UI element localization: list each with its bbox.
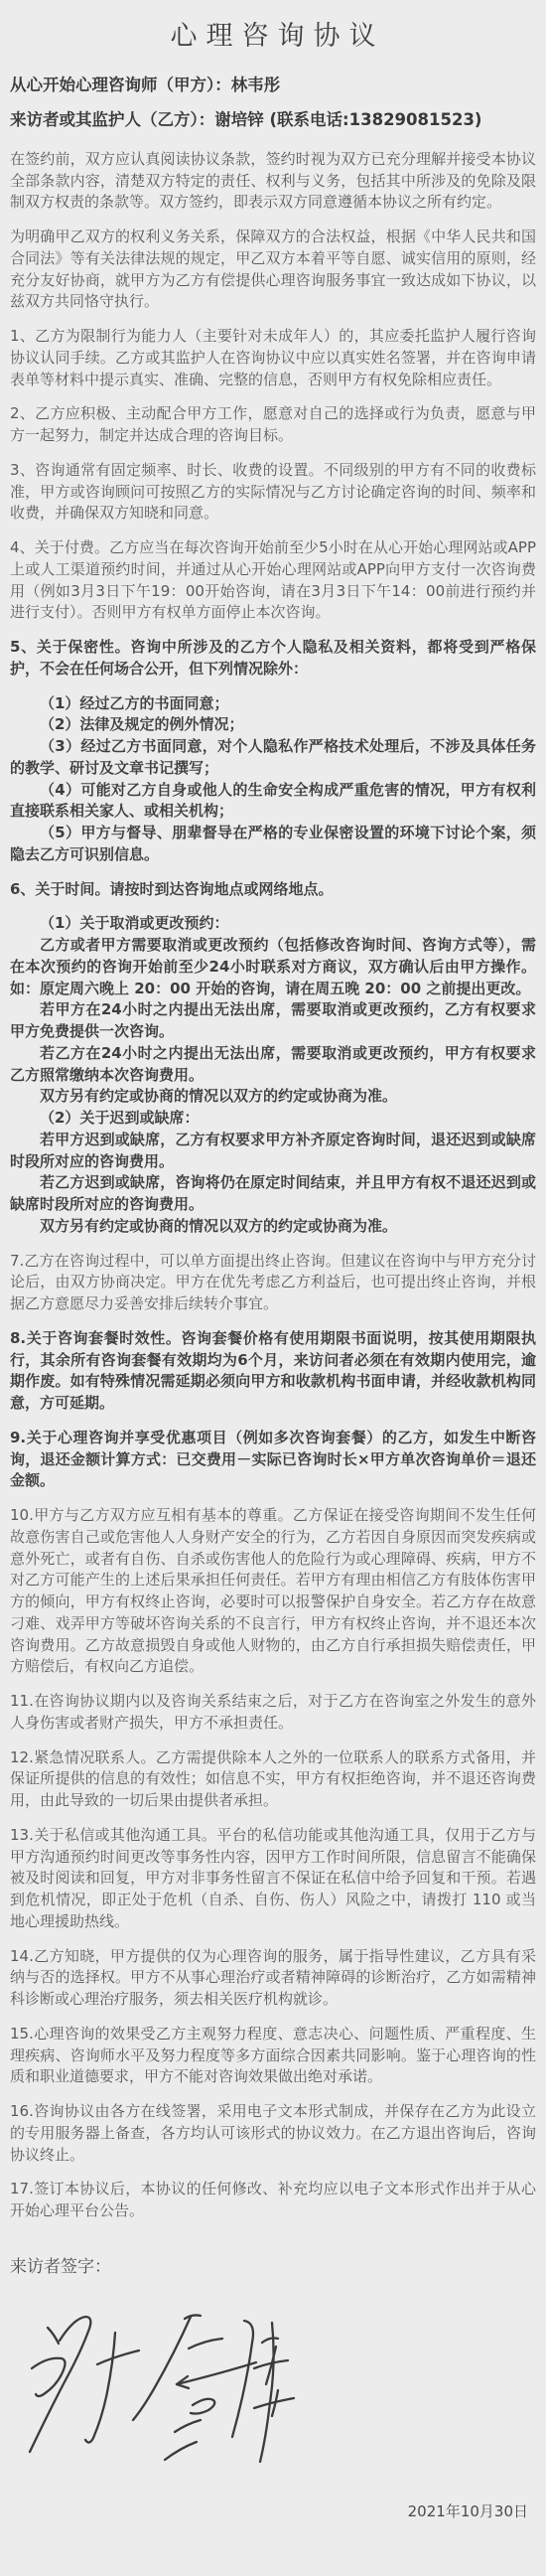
agreement-paragraph: 13.关于私信或其他沟通工具。平台的私信功能或其他沟通工具，仅用于乙方与甲方沟通…: [10, 1825, 536, 1933]
agreement-paragraph: 15.心理咨询的效果受乙方主观努力程度、意志决心、问题性质、严重程度、生理疾病、…: [10, 2024, 536, 2088]
agreement-paragraph: 双方另有约定或协商的情况以双方的约定或协商为准。: [10, 1086, 536, 1108]
party-b-line: 来访者或其监护人（乙方）：谢培锌 (联系电话:13829081523): [10, 109, 536, 130]
agreement-paragraph: 5、关于保密性。咨询中所涉及的乙方个人隐私及相关资料，都将受到严格保护，不会在任…: [10, 637, 536, 681]
signature-scribble-icon: [16, 2303, 314, 2487]
agreement-paragraph: 3、咨询通常有固定频率、时长、收费的设置。不同级别的甲方有不同的收费标准，甲方或…: [10, 460, 536, 525]
party-b-name: 谢培锌: [214, 110, 264, 129]
agreement-paragraph: 16.咨询协议由各方在线签署，采用电子文本形式制成，并保存在乙方为此设立的专用服…: [10, 2101, 536, 2166]
signature-area: [16, 2303, 536, 2487]
party-b-label: 来访者或其监护人（乙方）：: [10, 110, 214, 129]
agreement-paragraph: 17.签订本协议后，本协议的任何修改、补充均应以电子文本形式作出并于从心开始心理…: [10, 2179, 536, 2222]
agreement-paragraph: 9.关于心理咨询并享受优惠项目（例如多次咨询套餐）的乙方，如发生中断咨询，退还金…: [10, 1428, 536, 1492]
party-b-phone: (联系电话:13829081523): [270, 110, 482, 129]
party-a-line: 从心开始心理咨询师（甲方）：林韦彤: [10, 75, 536, 95]
party-a-name: 林韦彤: [231, 76, 281, 94]
agreement-paragraph: （1）关于取消或更改预约：: [10, 913, 536, 935]
agreement-paragraph: 在签约前，双方应认真阅读协议条款，签约时视为双方已充分理解并接受本协议全部条款内…: [10, 149, 536, 214]
agreement-paragraph: 若乙方在24小时之内提出无法出席，需要取消或更改预约，甲方有权要求乙方照常缴纳本…: [10, 1043, 536, 1087]
agreement-paragraph: 11.在咨询协议期内以及咨询关系结束之后，对于乙方在咨询室之外发生的意外人身伤害…: [10, 1691, 536, 1735]
agreement-paragraph: 乙方或者甲方需要取消或更改预约（包括修改咨询时间、咨询方式等），需在本次预约的咨…: [10, 935, 536, 999]
agreement-paragraph: （5）甲方与督导、朋辈督导在严格的专业保密设置的环境下讨论个案，须隐去乙方可识别…: [10, 823, 536, 866]
agreement-paragraph: 6、关于时间。请按时到达咨询地点或网络地点。: [10, 879, 536, 901]
agreement-paragraph: 为明确甲乙双方的权利义务关系，保障双方的合法权益，根据《中华人民共和国合同法》等…: [10, 227, 536, 313]
agreement-paragraph: 14.乙方知晓，甲方提供的仅为心理咨询的服务，属于指导性建议，乙方具有采纳与否的…: [10, 1946, 536, 2011]
agreement-paragraph: 若甲方迟到或缺席，乙方有权要求甲方补齐原定咨询时间，退还迟到或缺席时段所对应的咨…: [10, 1130, 536, 1173]
agreement-paragraph: （4）可能对乙方自身或他人的生命安全构成严重危害的情况，甲方有权利直接联系相关家…: [10, 780, 536, 824]
signature-date: 2021年10月30日: [10, 2500, 536, 2521]
party-a-label: 从心开始心理咨询师（甲方）：: [10, 76, 231, 94]
signature-label: 来访者签字：: [10, 2252, 536, 2277]
agreement-paragraph: 8.关于咨询套餐时效性。咨询套餐价格有使用期限书面说明，按其使用期限执行，其余所…: [10, 1328, 536, 1415]
agreement-paragraph: 若甲方在24小时之内提出无法出席，需要取消或更改预约，乙方有权要求甲方免费提供一…: [10, 999, 536, 1043]
agreement-paragraph: 4、关于付费。乙方应当在每次咨询开始前至少5小时在从心开始心理网站或APP上或人…: [10, 537, 536, 624]
agreement-paragraph: 若乙方迟到或缺席，咨询将仍在原定时间结束，并且甲方有权不退还迟到或缺席时段所对应…: [10, 1172, 536, 1216]
agreement-title: 心理咨询协议: [10, 14, 536, 53]
agreement-paragraph: （2）关于迟到或缺席：: [10, 1108, 536, 1130]
agreement-body: 在签约前，双方应认真阅读协议条款，签约时视为双方已充分理解并接受本协议全部条款内…: [10, 149, 536, 2222]
agreement-document: 心理咨询协议 从心开始心理咨询师（甲方）：林韦彤 来访者或其监护人（乙方）：谢培…: [0, 0, 546, 2576]
agreement-paragraph: 2、乙方应积极、主动配合甲方工作，愿意对自己的选择或行为负责，愿意与甲方一起努力…: [10, 403, 536, 447]
agreement-paragraph: 12.紧急情况联系人。乙方需提供除本人之外的一位联系人的联系方式备用，并保证所提…: [10, 1747, 536, 1812]
agreement-paragraph: 双方另有约定或协商的情况以双方的约定或协商为准。: [10, 1216, 536, 1238]
agreement-paragraph: 7.乙方在咨询过程中，可以单方面提出终止咨询。但建议在咨询中与甲方充分讨论后，由…: [10, 1251, 536, 1315]
agreement-paragraph: （3）经过乙方书面同意，对个人隐私作严格技术处理后，不涉及具体任务的教学、研讨及…: [10, 736, 536, 780]
agreement-paragraph: 1、乙方为限制行为能力人（主要针对未成年人）的，其应委托监护人履行咨询协议认同手…: [10, 326, 536, 390]
agreement-paragraph: （2）法律及规定的例外情况；: [10, 714, 536, 736]
agreement-paragraph: 10.甲方与乙方双方应互相有基本的尊重。乙方保证在接受咨询期间不发生任何故意伤害…: [10, 1505, 536, 1678]
agreement-paragraph: （1）经过乙方的书面同意；: [10, 693, 536, 715]
